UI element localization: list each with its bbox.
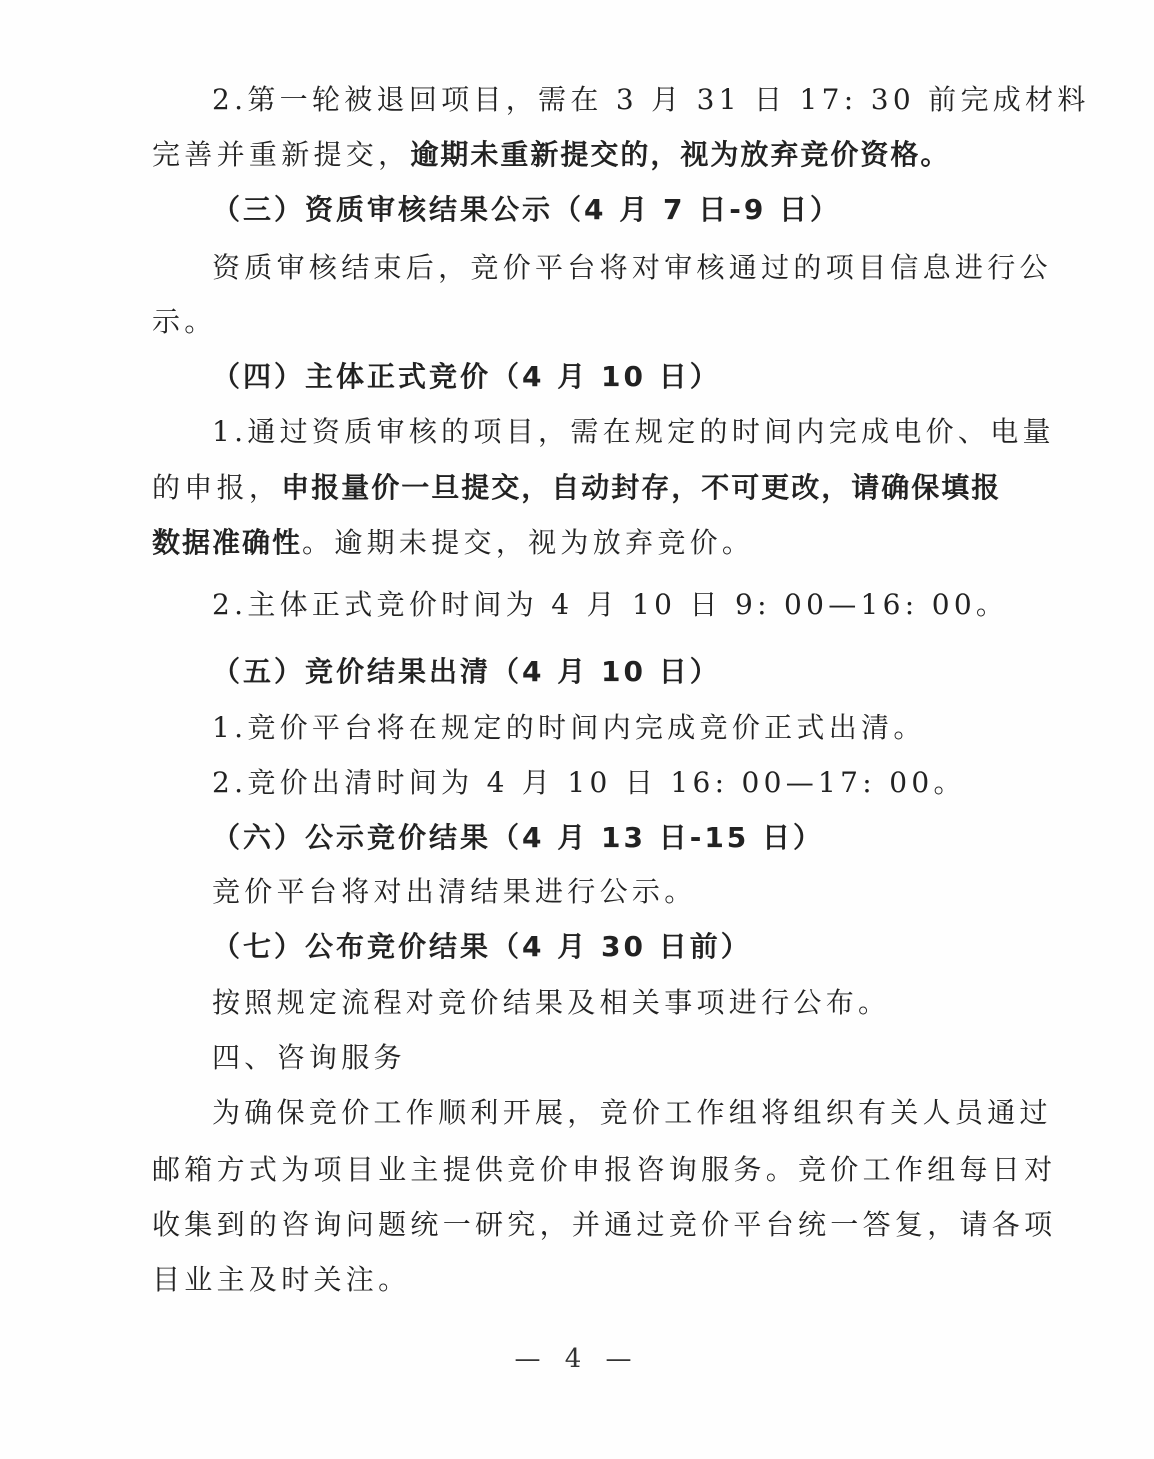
section-heading-5: （五）竞价结果出清（4 月 10 日） xyxy=(212,652,721,692)
bold-emphasis-text: 申报量价一旦提交，自动封存，不可更改，请确保填报 xyxy=(281,471,1001,504)
paragraph-line: 2.竞价出清时间为 4 月 10 日 16: 00—17: 00。 xyxy=(212,763,966,803)
paragraph-line: 2.主体正式竞价时间为 4 月 10 日 9: 00—16: 00。 xyxy=(212,585,1008,625)
paragraph-line: 数据准确性。逾期未提交，视为放弃竞价。 xyxy=(152,523,754,563)
paragraph-line: 目业主及时关注。 xyxy=(152,1260,410,1300)
document-page: 2.第一轮被退回项目，需在 3 月 31 日 17: 30 前完成材料 完善并重… xyxy=(0,0,1154,1459)
bold-emphasis-text: 逾期未重新提交的，视为放弃竞价资格。 xyxy=(410,138,950,171)
section-heading-3: （三）资质审核结果公示（4 月 7 日-9 日） xyxy=(212,190,841,230)
paragraph-line: 收集到的咨询问题统一研究，并通过竞价平台统一答复，请各项 xyxy=(152,1205,1056,1245)
paragraph-line: 1.竞价平台将在规定的时间内完成竞价正式出清。 xyxy=(212,708,926,748)
section-heading-6: （六）公示竞价结果（4 月 13 日-15 日） xyxy=(212,818,824,858)
paragraph-line: 的申报，申报量价一旦提交，自动封存，不可更改，请确保填报 xyxy=(152,468,1001,508)
paragraph-line: 按照规定流程对竞价结果及相关事项进行公布。 xyxy=(212,983,890,1023)
section-heading-7: （七）公布竞价结果（4 月 30 日前） xyxy=(212,927,752,967)
paragraph-line: 2.第一轮被退回项目，需在 3 月 31 日 17: 30 前完成材料 xyxy=(212,80,1090,120)
section-heading-consulting: 四、咨询服务 xyxy=(212,1038,406,1078)
section-heading-4: （四）主体正式竞价（4 月 10 日） xyxy=(212,357,721,397)
paragraph-line: 资质审核结束后，竞价平台将对审核通过的项目信息进行公 xyxy=(212,248,1052,288)
paragraph-line: 为确保竞价工作顺利开展，竞价工作组将组织有关人员通过 xyxy=(212,1093,1052,1133)
normal-text: 的申报， xyxy=(152,471,281,504)
paragraph-line: 邮箱方式为项目业主提供竞价申报咨询服务。竞价工作组每日对 xyxy=(152,1150,1056,1190)
paragraph-line: 竞价平台将对出清结果进行公示。 xyxy=(212,872,697,912)
page-number: — 4 — xyxy=(0,1344,1154,1374)
paragraph-line: 完善并重新提交，逾期未重新提交的，视为放弃竞价资格。 xyxy=(152,135,950,175)
paragraph-line: 示。 xyxy=(152,302,217,342)
normal-text: 。逾期未提交，视为放弃竞价。 xyxy=(302,526,754,559)
paragraph-line: 1.通过资质审核的项目，需在规定的时间内完成电价、电量 xyxy=(212,412,1055,452)
normal-text: 完善并重新提交， xyxy=(152,138,410,171)
bold-emphasis-text: 数据准确性 xyxy=(152,526,302,559)
